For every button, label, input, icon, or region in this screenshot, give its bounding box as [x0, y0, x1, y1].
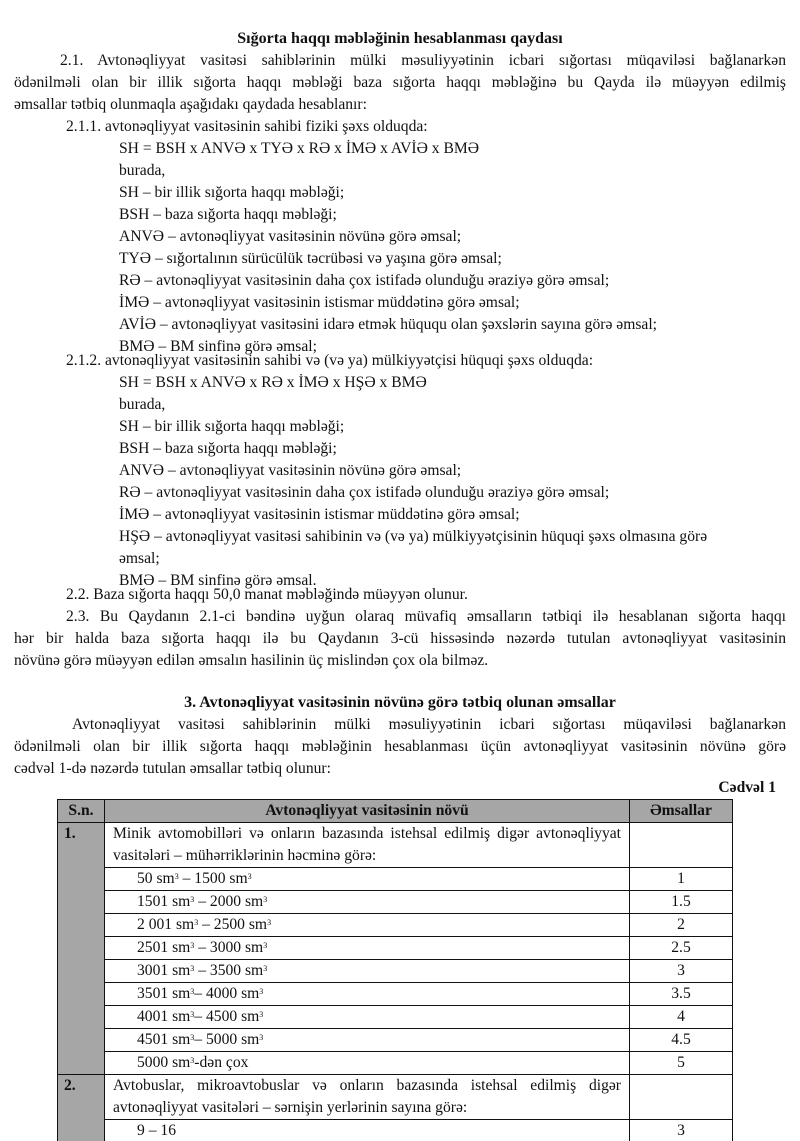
header-coefficients: Əmsallar — [630, 800, 733, 823]
range-cell: 5000 sm3-dən çox — [105, 1052, 630, 1075]
row-number: 1. — [58, 823, 105, 1075]
subsection-2-1-1-definition: RƏ – avtonəqliyyat vasitəsinin daha çox … — [119, 270, 609, 292]
coefficient-cell: 1 — [630, 868, 733, 891]
coefficient-cell: 3 — [630, 1120, 733, 1141]
subsection-2-1-2-definition: HŞƏ – avtonəqliyyat vasitəsi sahibinin v… — [119, 526, 707, 548]
table-row: 9 – 163 — [58, 1120, 733, 1141]
coefficients-table: S.n. Avtonəqliyyat vasitəsinin növü Əmsa… — [57, 799, 733, 1141]
subsection-2-1-1-heading: 2.1.1. avtonəqliyyat vasitəsinin sahibi … — [66, 116, 428, 138]
document-page: Sığorta haqqı məbləğinin hesablanması qa… — [0, 0, 800, 1141]
range-cell: 3501 sm3– 4000 sm3 — [105, 983, 630, 1006]
subsection-2-1-1-definition: SH – bir illik sığorta haqqı məbləği; — [119, 182, 344, 204]
section-3-intro-line-3: cədvəl 1-də nəzərdə tutulan əmsallar tət… — [14, 758, 331, 780]
subsection-2-1-1-definition: ANVƏ – avtonəqliyyat vasitəsinin növünə … — [119, 226, 461, 248]
formula-2-1-1: SH = BSH x ANVƏ x TYƏ x RƏ x İMƏ x AVİƏ … — [119, 138, 479, 160]
section-3-intro-line-1: Avtonəqliyyat vasitəsi sahiblərinin mülk… — [14, 714, 786, 736]
range-cell: 2501 sm3 – 3000 sm3 — [105, 937, 630, 960]
paragraph-2-1-line-3: əmsallar tətbiq olunmaqla aşağıdakı qayd… — [14, 94, 367, 116]
section-3-title: 3. Avtonəqliyyat vasitəsinin növünə görə… — [0, 692, 800, 714]
subsection-2-1-1-definition: TYƏ – sığortalının sürücülük təcrübəsi v… — [119, 248, 502, 270]
table-category-row: 1.Minik avtomobilləri və onların bazasın… — [58, 823, 733, 868]
paragraph-2-2: 2.2. Baza sığorta haqqı 50,0 manat məblə… — [66, 584, 468, 606]
paragraph-2-1-line-1: 2.1. Avtonəqliyyat vasitəsi sahiblərinin… — [14, 50, 786, 72]
subsection-2-1-2-heading: 2.1.2. avtonəqliyyat vasitəsinin sahibi … — [66, 350, 593, 372]
where-label-2-1-2: burada, — [119, 394, 165, 416]
header-vehicle-type: Avtonəqliyyat vasitəsinin növü — [105, 800, 630, 823]
range-cell: 4001 sm3– 4500 sm3 — [105, 1006, 630, 1029]
table-row: 1501 sm3 – 2000 sm31.5 — [58, 891, 733, 914]
paragraph-2-3-line-2: hər bir halda baza sığorta haqqı ilə bu … — [14, 628, 786, 650]
coefficient-cell: 5 — [630, 1052, 733, 1075]
table-row: 5000 sm3-dən çox5 — [58, 1052, 733, 1075]
subsection-2-1-2-definition: SH – bir illik sığorta haqqı məbləği; — [119, 416, 344, 438]
table-caption: Cədvəl 1 — [718, 777, 776, 799]
table-row: 4001 sm3– 4500 sm34 — [58, 1006, 733, 1029]
subsection-2-1-2-definition: BSH – baza sığorta haqqı məbləği; — [119, 438, 337, 460]
coefficient-cell: 3 — [630, 960, 733, 983]
category-description: Minik avtomobilləri və onların bazasında… — [105, 823, 630, 868]
table-row: 2 001 sm3 – 2500 sm32 — [58, 914, 733, 937]
category-coef-empty — [630, 823, 733, 868]
range-cell: 4501 sm3– 5000 sm3 — [105, 1029, 630, 1052]
category-coef-empty — [630, 1075, 733, 1120]
table-row: 50 sm3 – 1500 sm31 — [58, 868, 733, 891]
table-row: 2501 sm3 – 3000 sm32.5 — [58, 937, 733, 960]
section-3-intro-line-2: ödənilməli olan bir illik sığorta haqqı … — [14, 736, 786, 758]
subsection-2-1-2-definition: əmsal; — [119, 548, 160, 570]
where-label-2-1-1: burada, — [119, 160, 165, 182]
table-row: 3501 sm3– 4000 sm33.5 — [58, 983, 733, 1006]
range-cell: 3001 sm3 – 3500 sm3 — [105, 960, 630, 983]
subsection-2-1-2-definition: ANVƏ – avtonəqliyyat vasitəsinin növünə … — [119, 460, 461, 482]
subsection-2-1-2-definition: RƏ – avtonəqliyyat vasitəsinin daha çox … — [119, 482, 609, 504]
table-category-row: 2.Avtobuslar, mikroavtobuslar və onların… — [58, 1075, 733, 1120]
coefficient-cell: 1.5 — [630, 891, 733, 914]
subsection-2-1-2-definition: İMƏ – avtonəqliyyat vasitəsinin istismar… — [119, 504, 520, 526]
range-cell: 1501 sm3 – 2000 sm3 — [105, 891, 630, 914]
subsection-2-1-1-definition: AVİƏ – avtonəqliyyat vasitəsini idarə et… — [119, 314, 657, 336]
paragraph-2-3-line-3: növünə görə müəyyən edilən əmsalın hasil… — [14, 650, 488, 672]
subsection-2-1-1-definition: İMƏ – avtonəqliyyat vasitəsinin istismar… — [119, 292, 520, 314]
paragraph-2-1-line-2: ödənilməli olan bir illik sığorta haqqı … — [14, 72, 786, 94]
header-sn: S.n. — [58, 800, 105, 823]
section-2-title: Sığorta haqqı məbləğinin hesablanması qa… — [0, 28, 800, 50]
table-row: 4501 sm3– 5000 sm34.5 — [58, 1029, 733, 1052]
coefficient-cell: 4 — [630, 1006, 733, 1029]
coefficient-cell: 2.5 — [630, 937, 733, 960]
row-number: 2. — [58, 1075, 105, 1141]
range-cell: 2 001 sm3 – 2500 sm3 — [105, 914, 630, 937]
table-row: 3001 sm3 – 3500 sm33 — [58, 960, 733, 983]
subsection-2-1-1-definition: BSH – baza sığorta haqqı məbləği; — [119, 204, 337, 226]
coefficient-cell: 2 — [630, 914, 733, 937]
range-cell: 50 sm3 – 1500 sm3 — [105, 868, 630, 891]
formula-2-1-2: SH = BSH x ANVƏ x RƏ x İMƏ x HŞƏ x BMƏ — [119, 372, 427, 394]
coefficient-cell: 3.5 — [630, 983, 733, 1006]
category-description: Avtobuslar, mikroavtobuslar və onların b… — [105, 1075, 630, 1120]
table-body: 1.Minik avtomobilləri və onların bazasın… — [58, 823, 733, 1141]
coefficient-cell: 4.5 — [630, 1029, 733, 1052]
paragraph-2-3-line-1: 2.3. Bu Qaydanın 2.1-ci bəndinə uyğun ol… — [14, 606, 786, 628]
range-cell: 9 – 16 — [105, 1120, 630, 1141]
